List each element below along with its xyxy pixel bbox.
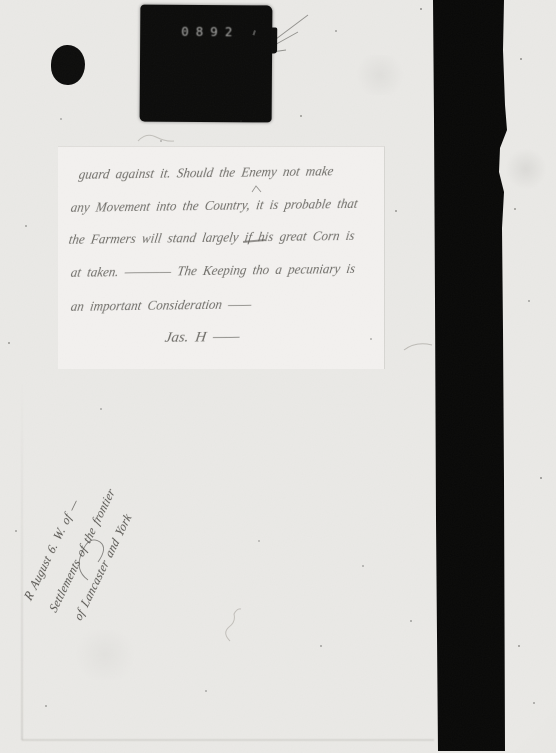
plate-scratch-tick: [252, 30, 255, 35]
faint-pen-mark: [138, 135, 174, 141]
signature: Jas. H ——: [164, 329, 241, 347]
film-stain: [70, 630, 140, 680]
pencil-squiggle: [226, 609, 241, 641]
frame-number: 0892: [181, 24, 239, 39]
page-edge-shadow-left: [21, 380, 23, 740]
microfilm-document-scan: guard against it. Should the Enemy not m…: [0, 0, 556, 753]
film-edge-bar: [430, 0, 510, 751]
frame-number-plate: 0892: [140, 5, 273, 123]
dust-specks: [0, 0, 2, 2]
page-edge-shadow-bottom: [22, 739, 434, 741]
film-stain: [505, 148, 547, 190]
film-stain: [352, 55, 408, 95]
black-punch-dot: [51, 45, 85, 85]
letter-line: an important Consideration ——: [70, 296, 253, 315]
pen-swash-mark: [404, 344, 432, 350]
